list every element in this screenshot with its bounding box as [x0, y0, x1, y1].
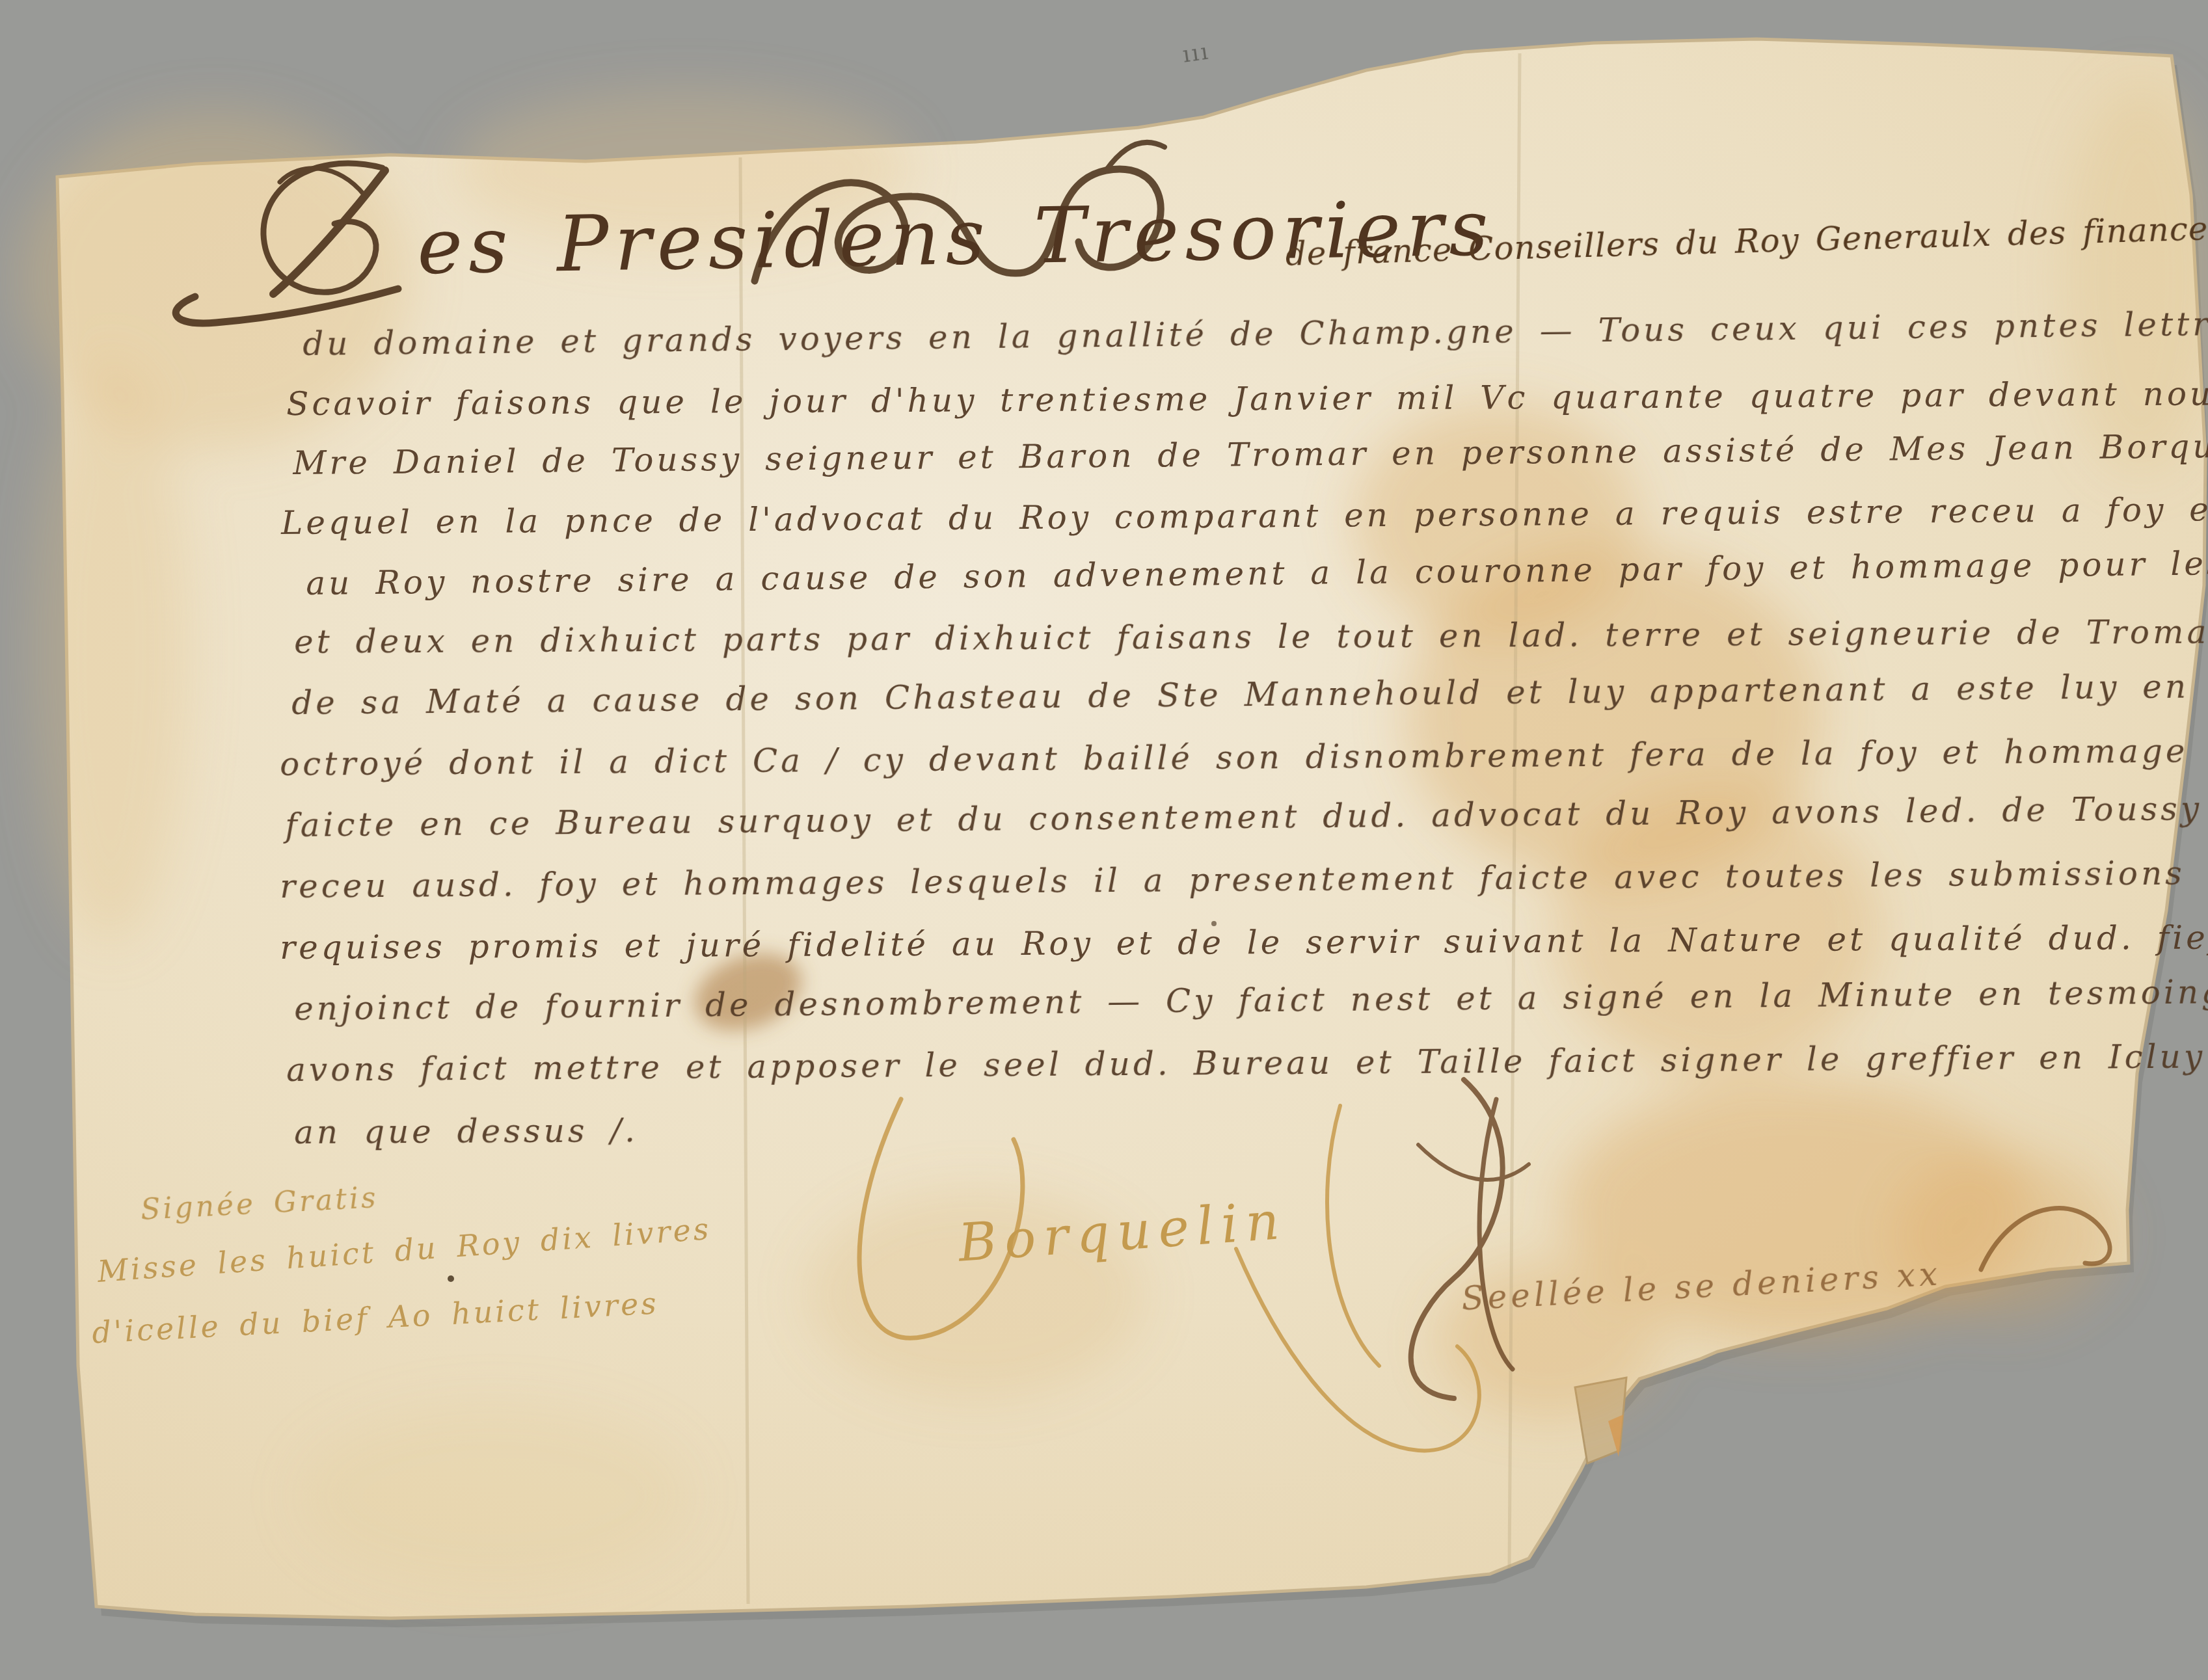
stain: [33, 358, 189, 943]
scanned-document: ııı es Presidens Tresoriers de france Co…: [0, 0, 2208, 1680]
manuscript-line: an que dessus /.: [294, 1112, 638, 1151]
stain: [299, 1405, 690, 1587]
mat-pencil-mark: ııı: [1181, 38, 1211, 68]
ink-speck: [448, 1275, 454, 1282]
